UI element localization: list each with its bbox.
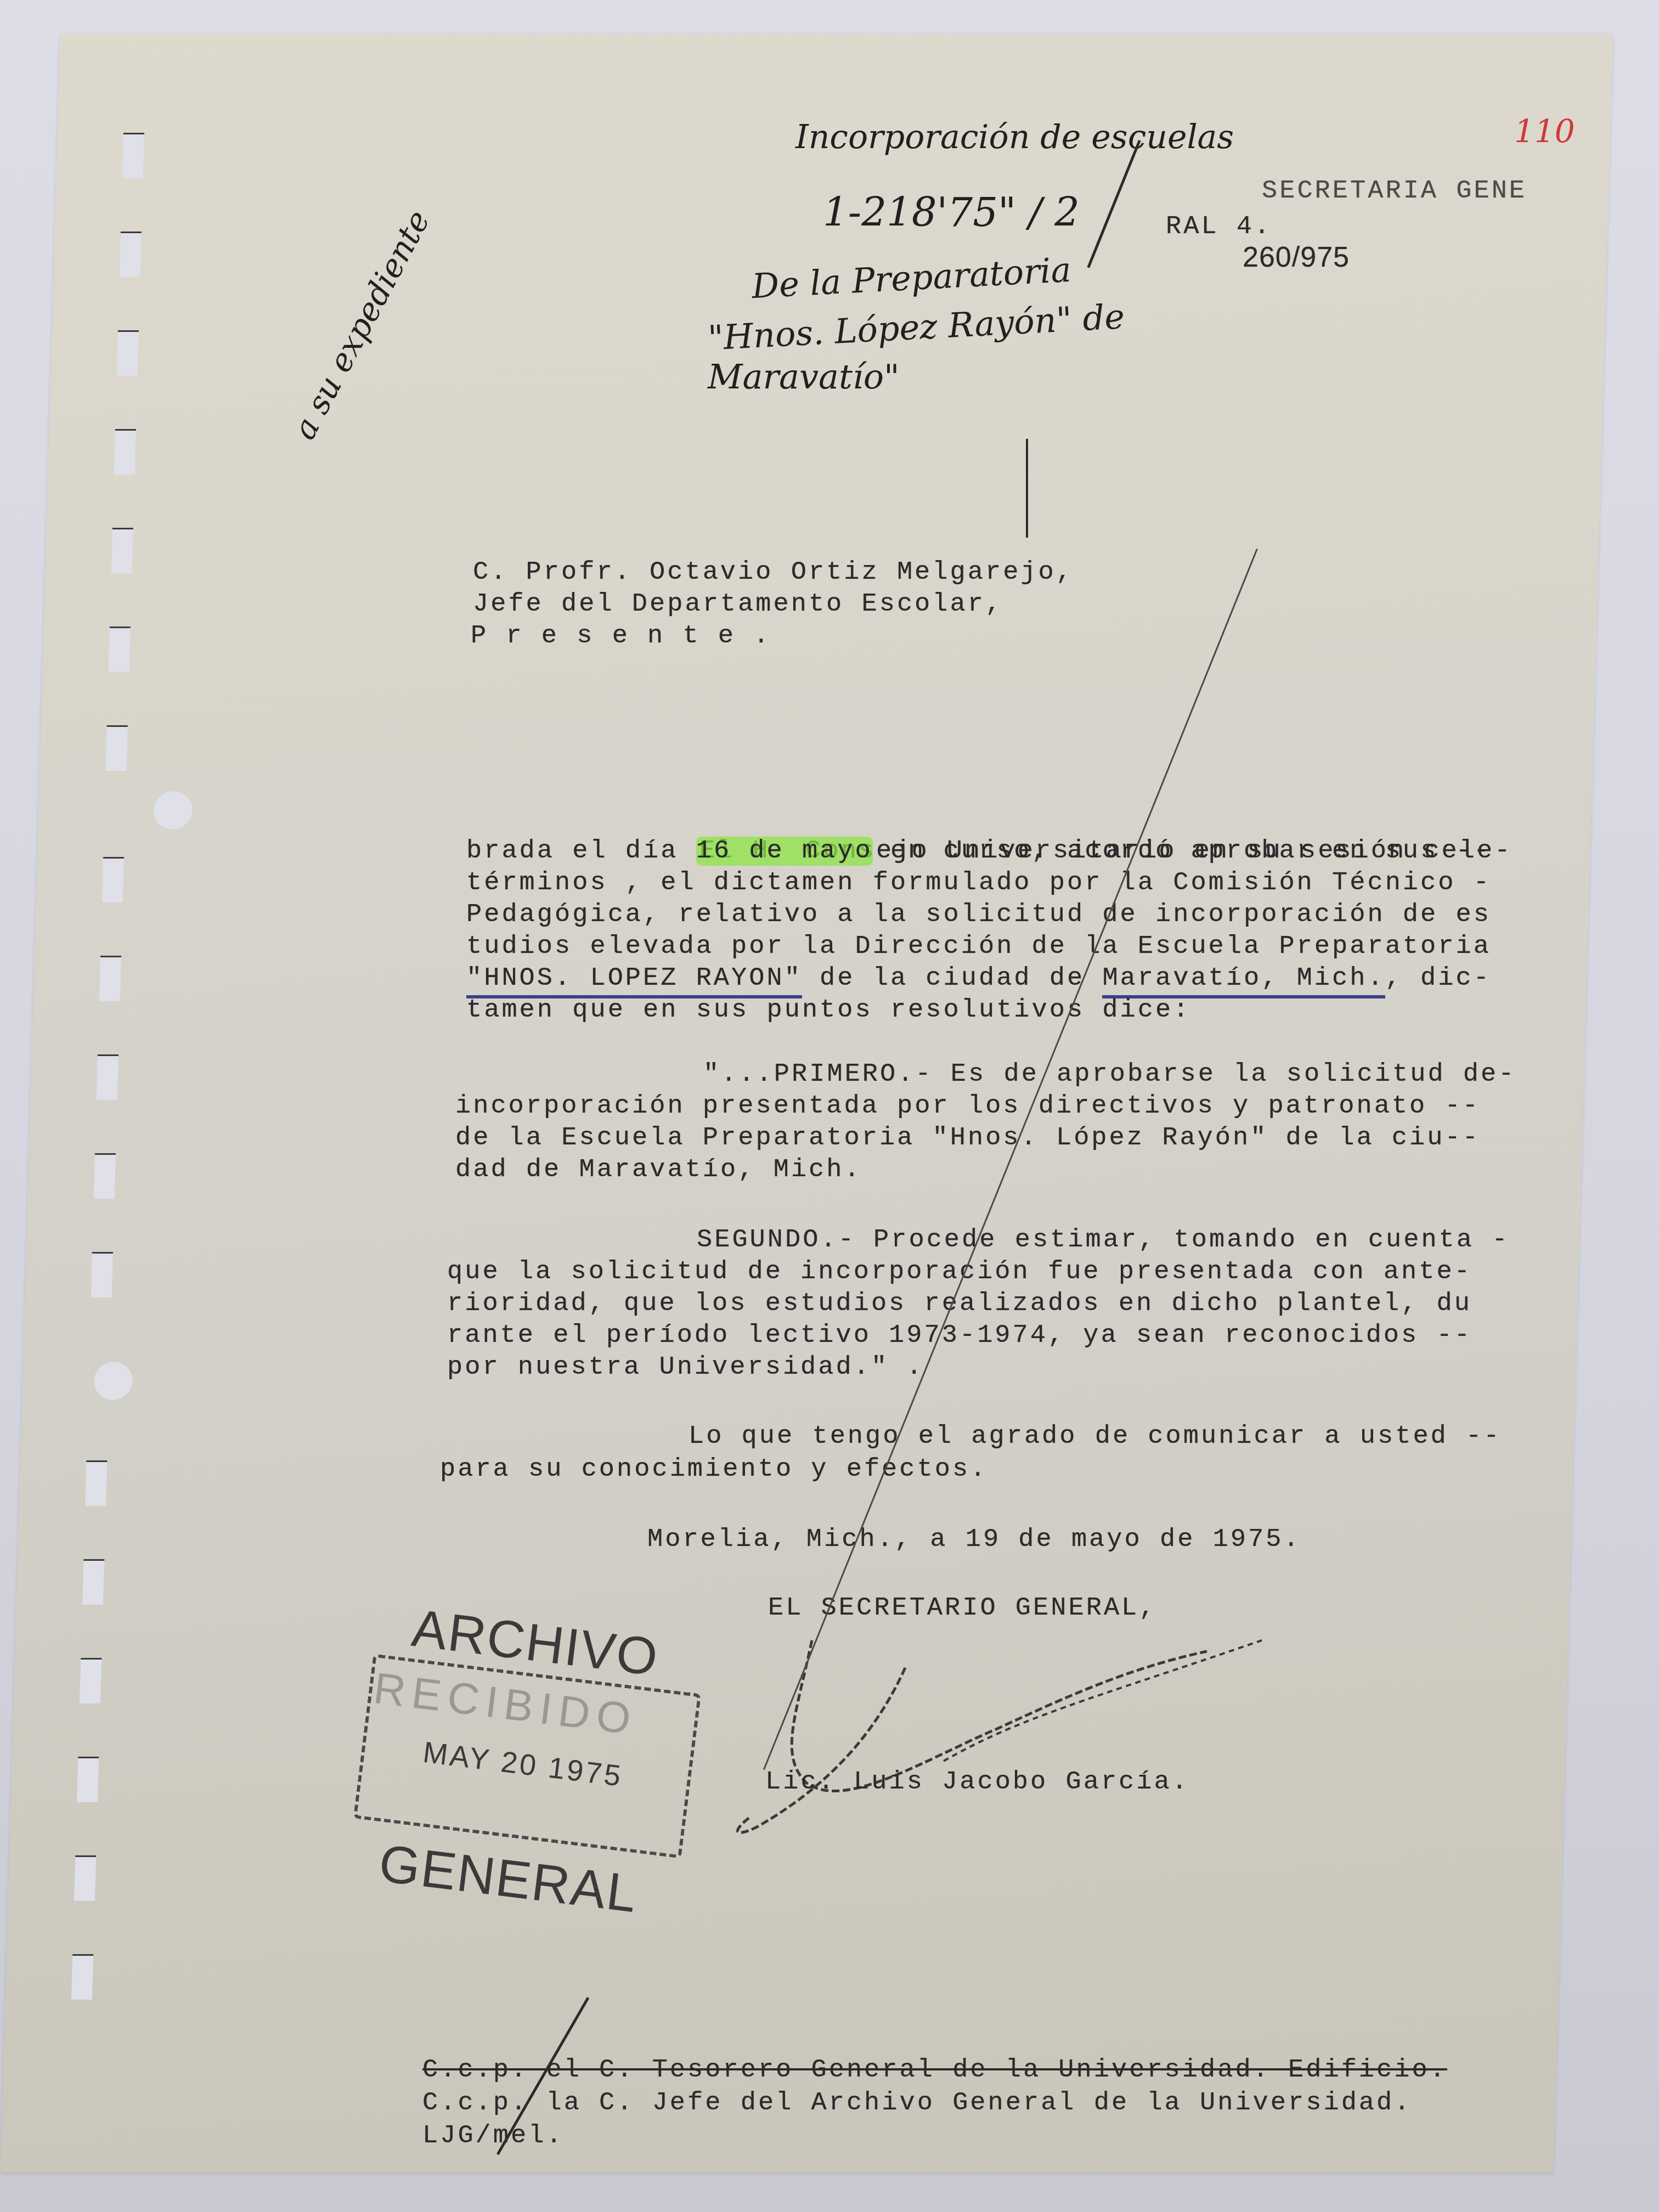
body-line: Pedagógica, relativo a la solicitud de i… (466, 899, 1491, 931)
binder-hole (122, 133, 144, 178)
binder-hole (99, 956, 121, 1001)
cc-line-2: C.c.p. la C. Jefe del Archivo General de… (422, 2087, 1412, 2119)
closing-line: para su conocimiento y efectos. (440, 1454, 988, 1486)
file-number: 260/975 (1243, 241, 1350, 273)
body-line: tudios elevada por la Dirección de la Es… (466, 931, 1491, 963)
binder-hole (117, 330, 139, 376)
body-line: brada el día 16 de mayo en curso, acordó… (466, 836, 1491, 867)
body-line: tamen que en sus puntos resolutivos dice… (466, 995, 1190, 1026)
binder-hole (111, 528, 133, 573)
binder-hole (109, 627, 131, 672)
binder-hole (82, 1559, 104, 1605)
archive-stamp: ARCHIVO RECIBIDO MAY 20 1975 GENERAL (346, 1607, 719, 1915)
binder-hole (97, 1054, 119, 1100)
pen-stroke (1026, 439, 1028, 538)
binder-hole (91, 1252, 113, 1297)
binder-hole (71, 1954, 93, 2000)
resolution-primero: "...PRIMERO.- Es de aprobarse la solicit… (703, 1059, 1516, 1091)
body-line: términos , el dictamen formulado por la … (466, 867, 1491, 899)
typist-initials: LJG/mel. (422, 2120, 564, 2152)
signatory-name: Lic. Luis Jacobo García. (765, 1767, 1189, 1798)
punch-hole (93, 1362, 133, 1400)
binder-hole (102, 857, 124, 902)
recipient-name: C. Profr. Octavio Ortiz Melgarejo, (473, 557, 1074, 589)
binder-hole (114, 429, 136, 475)
highlighted-date: 16 de mayo (696, 837, 873, 866)
binder-hole (80, 1658, 101, 1703)
handwritten-subject: Incorporación de escuelas (795, 118, 1234, 156)
binder-hole (120, 232, 142, 277)
office-heading-cont: RAL 4. (1166, 211, 1272, 243)
recipient-presente: P r e s e n t e . (471, 620, 771, 652)
resolution-line: rioridad, que los estudios realizados en… (447, 1288, 1472, 1320)
underlined-city: Maravatío, Mich. (1102, 964, 1385, 998)
handwritten-note: Maravatío" (708, 357, 900, 397)
underlined-school-name: "HNOS. LOPEZ RAYON" (466, 964, 802, 998)
cc-line-1: C.c.p. el C. Tesorero General de la Univ… (422, 2055, 1447, 2086)
recipient-title: Jefe del Departamento Escolar, (473, 589, 1003, 620)
body-line: "HNOS. LOPEZ RAYON" de la ciudad de Mara… (466, 963, 1491, 995)
binder-hole (77, 1757, 99, 1802)
resolution-line: dad de Maravatío, Mich. (455, 1154, 862, 1186)
place-date: Morelia, Mich., a 19 de mayo de 1975. (647, 1524, 1301, 1556)
resolution-line: por nuestra Universidad." . (447, 1352, 924, 1384)
resolution-line: rante el período lectivo 1973-1974, ya s… (447, 1320, 1472, 1352)
binder-hole (94, 1153, 116, 1199)
binder-hole (74, 1855, 96, 1901)
closing-line: Lo que tengo el agrado de comunicar a us… (689, 1421, 1501, 1453)
binder-hole (105, 725, 127, 771)
office-heading: SECRETARIA GENE (1262, 176, 1527, 207)
signature (713, 1618, 1372, 1865)
punch-hole (153, 791, 193, 830)
resolution-segundo: SEGUNDO.- Procede estimar, tomando en cu… (697, 1224, 1509, 1256)
resolution-line: de la Escuela Preparatoria "Hnos. López … (455, 1122, 1480, 1154)
resolution-line: incorporación presentada por los directi… (455, 1091, 1480, 1122)
folio-number: 110 (1514, 112, 1575, 150)
binder-hole (85, 1460, 107, 1506)
handwritten-reference: 1-218'75" / 2 (823, 189, 1080, 235)
